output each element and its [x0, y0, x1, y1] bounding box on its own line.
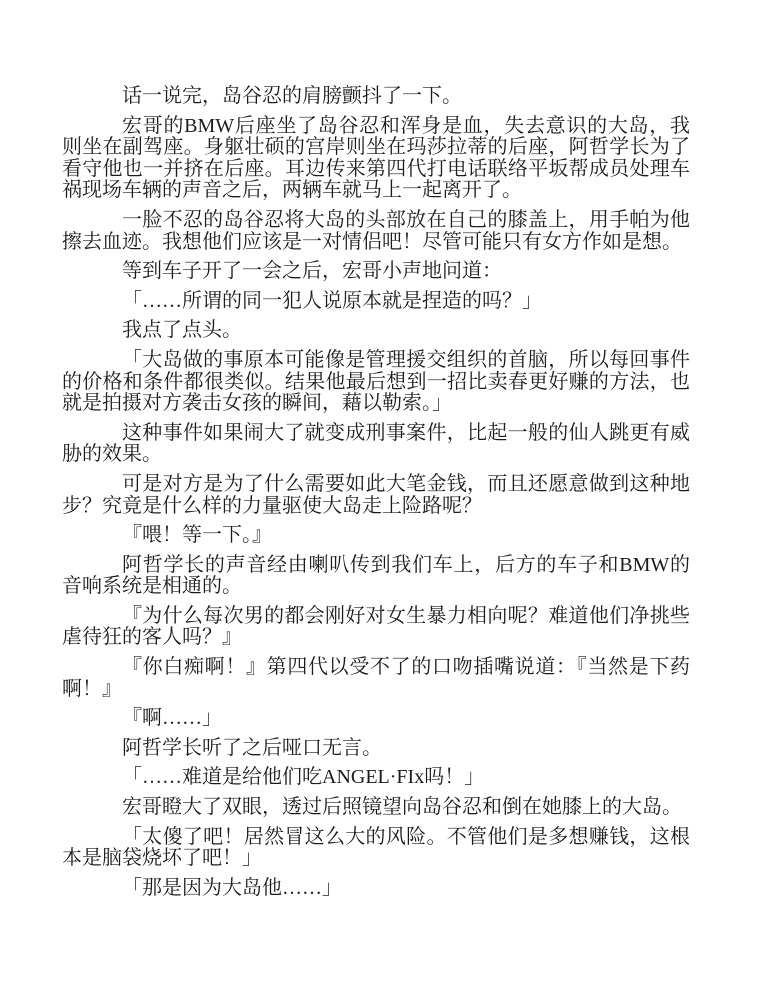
paragraph: 宏哥瞪大了双眼，透过后照镜望向岛谷忍和倒在她膝上的大岛。 [62, 797, 690, 819]
paragraph: 等到车子开了一会之后，宏哥小声地问道： [62, 261, 690, 283]
book-page: 话一说完，岛谷忍的肩膀颤抖了一下。宏哥的BMW后座坐了岛谷忍和浑身是血，失去意识… [0, 0, 765, 990]
paragraph: 可是对方是为了什么需要如此大笔金钱，而且还愿意做到这种地步？究竟是什么样的力量驱… [62, 474, 690, 517]
paragraph: 「……所谓的同一犯人说原本就是捏造的吗？」 [62, 291, 690, 313]
text-column: 话一说完，岛谷忍的肩膀颤抖了一下。宏哥的BMW后座坐了岛谷忍和浑身是血，失去意识… [62, 86, 690, 907]
paragraph: 这种事件如果闹大了就变成刑事案件，比起一般的仙人跳更有威胁的效果。 [62, 423, 690, 466]
paragraph: 话一说完，岛谷忍的肩膀颤抖了一下。 [62, 86, 690, 108]
paragraph: 「大岛做的事原本可能像是管理援交组织的首脑，所以每回事件的价格和条件都很类似。结… [62, 350, 690, 415]
paragraph: 『为什么每次男的都会刚好对女生暴力相向呢？难道他们净挑些虐待狂的客人吗？』 [62, 606, 690, 649]
paragraph: 一脸不忍的岛谷忍将大岛的头部放在自己的膝盖上，用手帕为他擦去血迹。我想他们应该是… [62, 210, 690, 253]
paragraph: 『喂！等一下。』 [62, 525, 690, 547]
paragraph: 『你白痴啊！』第四代以受不了的口吻插嘴说道：『当然是下药啊！』 [62, 657, 690, 700]
paragraph: 『啊……」 [62, 708, 690, 730]
paragraph: 宏哥的BMW后座坐了岛谷忍和浑身是血，失去意识的大岛，我则坐在副驾座。身躯壮硕的… [62, 116, 690, 202]
paragraph: 我点了点头。 [62, 320, 690, 342]
paragraph: 「那是因为大岛他……」 [62, 878, 690, 900]
paragraph: 「……难道是给他们吃ANGEL·FIx吗！」 [62, 767, 690, 789]
paragraph: 阿哲学长听了之后哑口无言。 [62, 738, 690, 760]
paragraph: 阿哲学长的声音经由喇叭传到我们车上，后方的车子和BMW的音响系统是相通的。 [62, 555, 690, 598]
paragraph: 「太傻了吧！居然冒这么大的风险。不管他们是多想赚钱，这根本是脑袋烧坏了吧！」 [62, 827, 690, 870]
